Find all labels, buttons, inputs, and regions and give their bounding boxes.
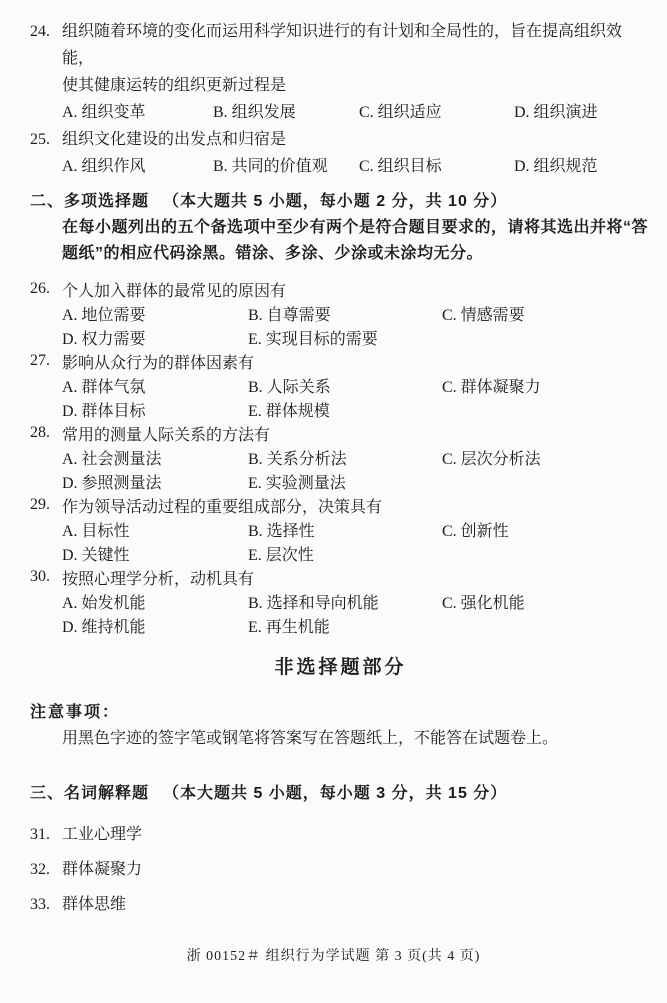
options-row: A. 目标性 B. 选择性 C. 创新性: [62, 520, 651, 544]
glossary-item-31: 31. 工业心理学: [30, 823, 651, 847]
options-row: A. 社会测量法 B. 关系分析法 C. 层次分析法: [62, 448, 651, 472]
question-number: 28.: [30, 424, 50, 442]
question-text: 个人加入群体的最常见的原因有: [62, 280, 651, 304]
section-2-note: （本大题共 5 小题，每小题 2 分，共 10 分）: [163, 193, 507, 210]
options-row: D. 群体目标 E. 群体规模: [62, 400, 651, 424]
option-a: A. 组织变革: [62, 99, 213, 126]
question-30: 30. 按照心理学分析，动机具有 A. 始发机能 B. 选择和导向机能 C. 强…: [30, 568, 651, 640]
option-e: E. 群体规模: [248, 400, 442, 424]
item-number: 32.: [30, 858, 50, 882]
glossary-item-32: 32. 群体凝聚力: [30, 858, 651, 882]
question-text: 组织随着环境的变化而运用科学知识进行的有计划和全局性的，旨在提高组织效能， 使其…: [62, 18, 651, 99]
item-number: 33.: [30, 893, 50, 917]
item-number: 31.: [30, 823, 50, 847]
question-29: 29. 作为领导活动过程的重要组成部分，决策具有 A. 目标性 B. 选择性 C…: [30, 496, 651, 568]
option-c: C. 创新性: [442, 520, 651, 544]
option-b: B. 选择和导向机能: [248, 592, 442, 616]
question-text: 组织文化建设的出发点和归宿是: [62, 126, 651, 153]
item-text: 群体凝聚力: [62, 858, 651, 882]
options-row: D. 权力需要 E. 实现目标的需要: [62, 328, 651, 352]
option-c: C. 群体凝聚力: [442, 376, 651, 400]
exam-page: 24. 组织随着环境的变化而运用科学知识进行的有计划和全局性的，旨在提高组织效能…: [0, 0, 667, 1003]
options-row: D. 维持机能 E. 再生机能: [62, 616, 651, 640]
section-2-instructions: 在每小题列出的五个备选项中至少有两个是符合题目要求的，请将其选出并将“答 题纸”…: [62, 215, 651, 267]
question-28: 28. 常用的测量人际关系的方法有 A. 社会测量法 B. 关系分析法 C. 层…: [30, 424, 651, 496]
options-row: D. 参照测量法 E. 实验测量法: [62, 472, 651, 496]
option-a: A. 组织作风: [62, 153, 213, 180]
question-text-line: 组织文化建设的出发点和归宿是: [62, 126, 651, 153]
item-text: 群体思维: [62, 893, 651, 917]
question-number: 24.: [30, 18, 50, 45]
option-c: C. 组织适应: [359, 99, 514, 126]
option-e: E. 实验测量法: [248, 472, 442, 496]
option-e: E. 层次性: [248, 544, 442, 568]
question-text: 作为领导活动过程的重要组成部分，决策具有: [62, 496, 651, 520]
section-3-heading: 三、名词解释题（本大题共 5 小题，每小题 3 分，共 15 分）: [30, 780, 651, 807]
question-text: 影响从众行为的群体因素有: [62, 352, 651, 376]
question-number: 27.: [30, 352, 50, 370]
single-choice-section: 24. 组织随着环境的变化而运用科学知识进行的有计划和全局性的，旨在提高组织效能…: [30, 18, 651, 180]
option-d: D. 组织规范: [514, 153, 651, 180]
option-a: A. 群体气氛: [62, 376, 248, 400]
option-e: E. 实现目标的需要: [248, 328, 442, 352]
option-a: A. 始发机能: [62, 592, 248, 616]
option-c: C. 层次分析法: [442, 448, 651, 472]
option-d: D. 维持机能: [62, 616, 248, 640]
multiple-choice-section: 26. 个人加入群体的最常见的原因有 A. 地位需要 B. 自尊需要 C. 情感…: [30, 280, 651, 640]
question-text-line: 组织随着环境的变化而运用科学知识进行的有计划和全局性的，旨在提高组织效能，: [62, 18, 651, 72]
options-row: A. 组织变革 B. 组织发展 C. 组织适应 D. 组织演进: [62, 99, 651, 126]
non-choice-part-title: 非选择题部分: [30, 652, 651, 684]
instruction-line: 题纸”的相应代码涂黑。错涂、多涂、少涂或未涂均无分。: [62, 241, 651, 267]
notice-title: 注意事项：: [30, 700, 651, 726]
question-number: 25.: [30, 126, 50, 153]
section-2-title: 二、多项选择题: [30, 193, 149, 210]
glossary-item-33: 33. 群体思维: [30, 893, 651, 917]
options-row: A. 群体气氛 B. 人际关系 C. 群体凝聚力: [62, 376, 651, 400]
option-d: D. 权力需要: [62, 328, 248, 352]
question-25: 25. 组织文化建设的出发点和归宿是 A. 组织作风 B. 共同的价值观 C. …: [30, 126, 651, 180]
question-27: 27. 影响从众行为的群体因素有 A. 群体气氛 B. 人际关系 C. 群体凝聚…: [30, 352, 651, 424]
options-row: A. 组织作风 B. 共同的价值观 C. 组织目标 D. 组织规范: [62, 153, 651, 180]
options-row: D. 关键性 E. 层次性: [62, 544, 651, 568]
question-26: 26. 个人加入群体的最常见的原因有 A. 地位需要 B. 自尊需要 C. 情感…: [30, 280, 651, 352]
option-b: B. 自尊需要: [248, 304, 442, 328]
question-number: 26.: [30, 280, 50, 298]
option-e: E. 再生机能: [248, 616, 442, 640]
option-b: B. 共同的价值观: [213, 153, 359, 180]
option-d: D. 参照测量法: [62, 472, 248, 496]
item-text: 工业心理学: [62, 823, 651, 847]
instruction-line: 在每小题列出的五个备选项中至少有两个是符合题目要求的，请将其选出并将“答: [62, 215, 651, 241]
question-number: 30.: [30, 568, 50, 586]
options-row: A. 地位需要 B. 自尊需要 C. 情感需要: [62, 304, 651, 328]
page-footer: 浙 00152＃ 组织行为学试题 第 3 页(共 4 页): [0, 945, 667, 965]
option-d: D. 组织演进: [514, 99, 651, 126]
option-b: B. 选择性: [248, 520, 442, 544]
question-text-line: 使其健康运转的组织更新过程是: [62, 72, 651, 99]
option-a: A. 目标性: [62, 520, 248, 544]
question-24: 24. 组织随着环境的变化而运用科学知识进行的有计划和全局性的，旨在提高组织效能…: [30, 18, 651, 126]
section-3-note: （本大题共 5 小题，每小题 3 分，共 15 分）: [163, 785, 507, 802]
question-text: 按照心理学分析，动机具有: [62, 568, 651, 592]
options-row: A. 始发机能 B. 选择和导向机能 C. 强化机能: [62, 592, 651, 616]
option-d: D. 群体目标: [62, 400, 248, 424]
option-b: B. 关系分析法: [248, 448, 442, 472]
option-a: A. 社会测量法: [62, 448, 248, 472]
option-d: D. 关键性: [62, 544, 248, 568]
notice-text: 用黑色字迹的签字笔或钢笔将答案写在答题纸上，不能答在试题卷上。: [62, 726, 651, 752]
option-b: B. 人际关系: [248, 376, 442, 400]
section-2-heading: 二、多项选择题（本大题共 5 小题，每小题 2 分，共 10 分）: [30, 188, 651, 215]
section-3-title: 三、名词解释题: [30, 785, 149, 802]
question-text: 常用的测量人际关系的方法有: [62, 424, 651, 448]
option-c: C. 强化机能: [442, 592, 651, 616]
option-a: A. 地位需要: [62, 304, 248, 328]
option-c: C. 组织目标: [359, 153, 514, 180]
option-c: C. 情感需要: [442, 304, 651, 328]
question-number: 29.: [30, 496, 50, 514]
option-b: B. 组织发展: [213, 99, 359, 126]
